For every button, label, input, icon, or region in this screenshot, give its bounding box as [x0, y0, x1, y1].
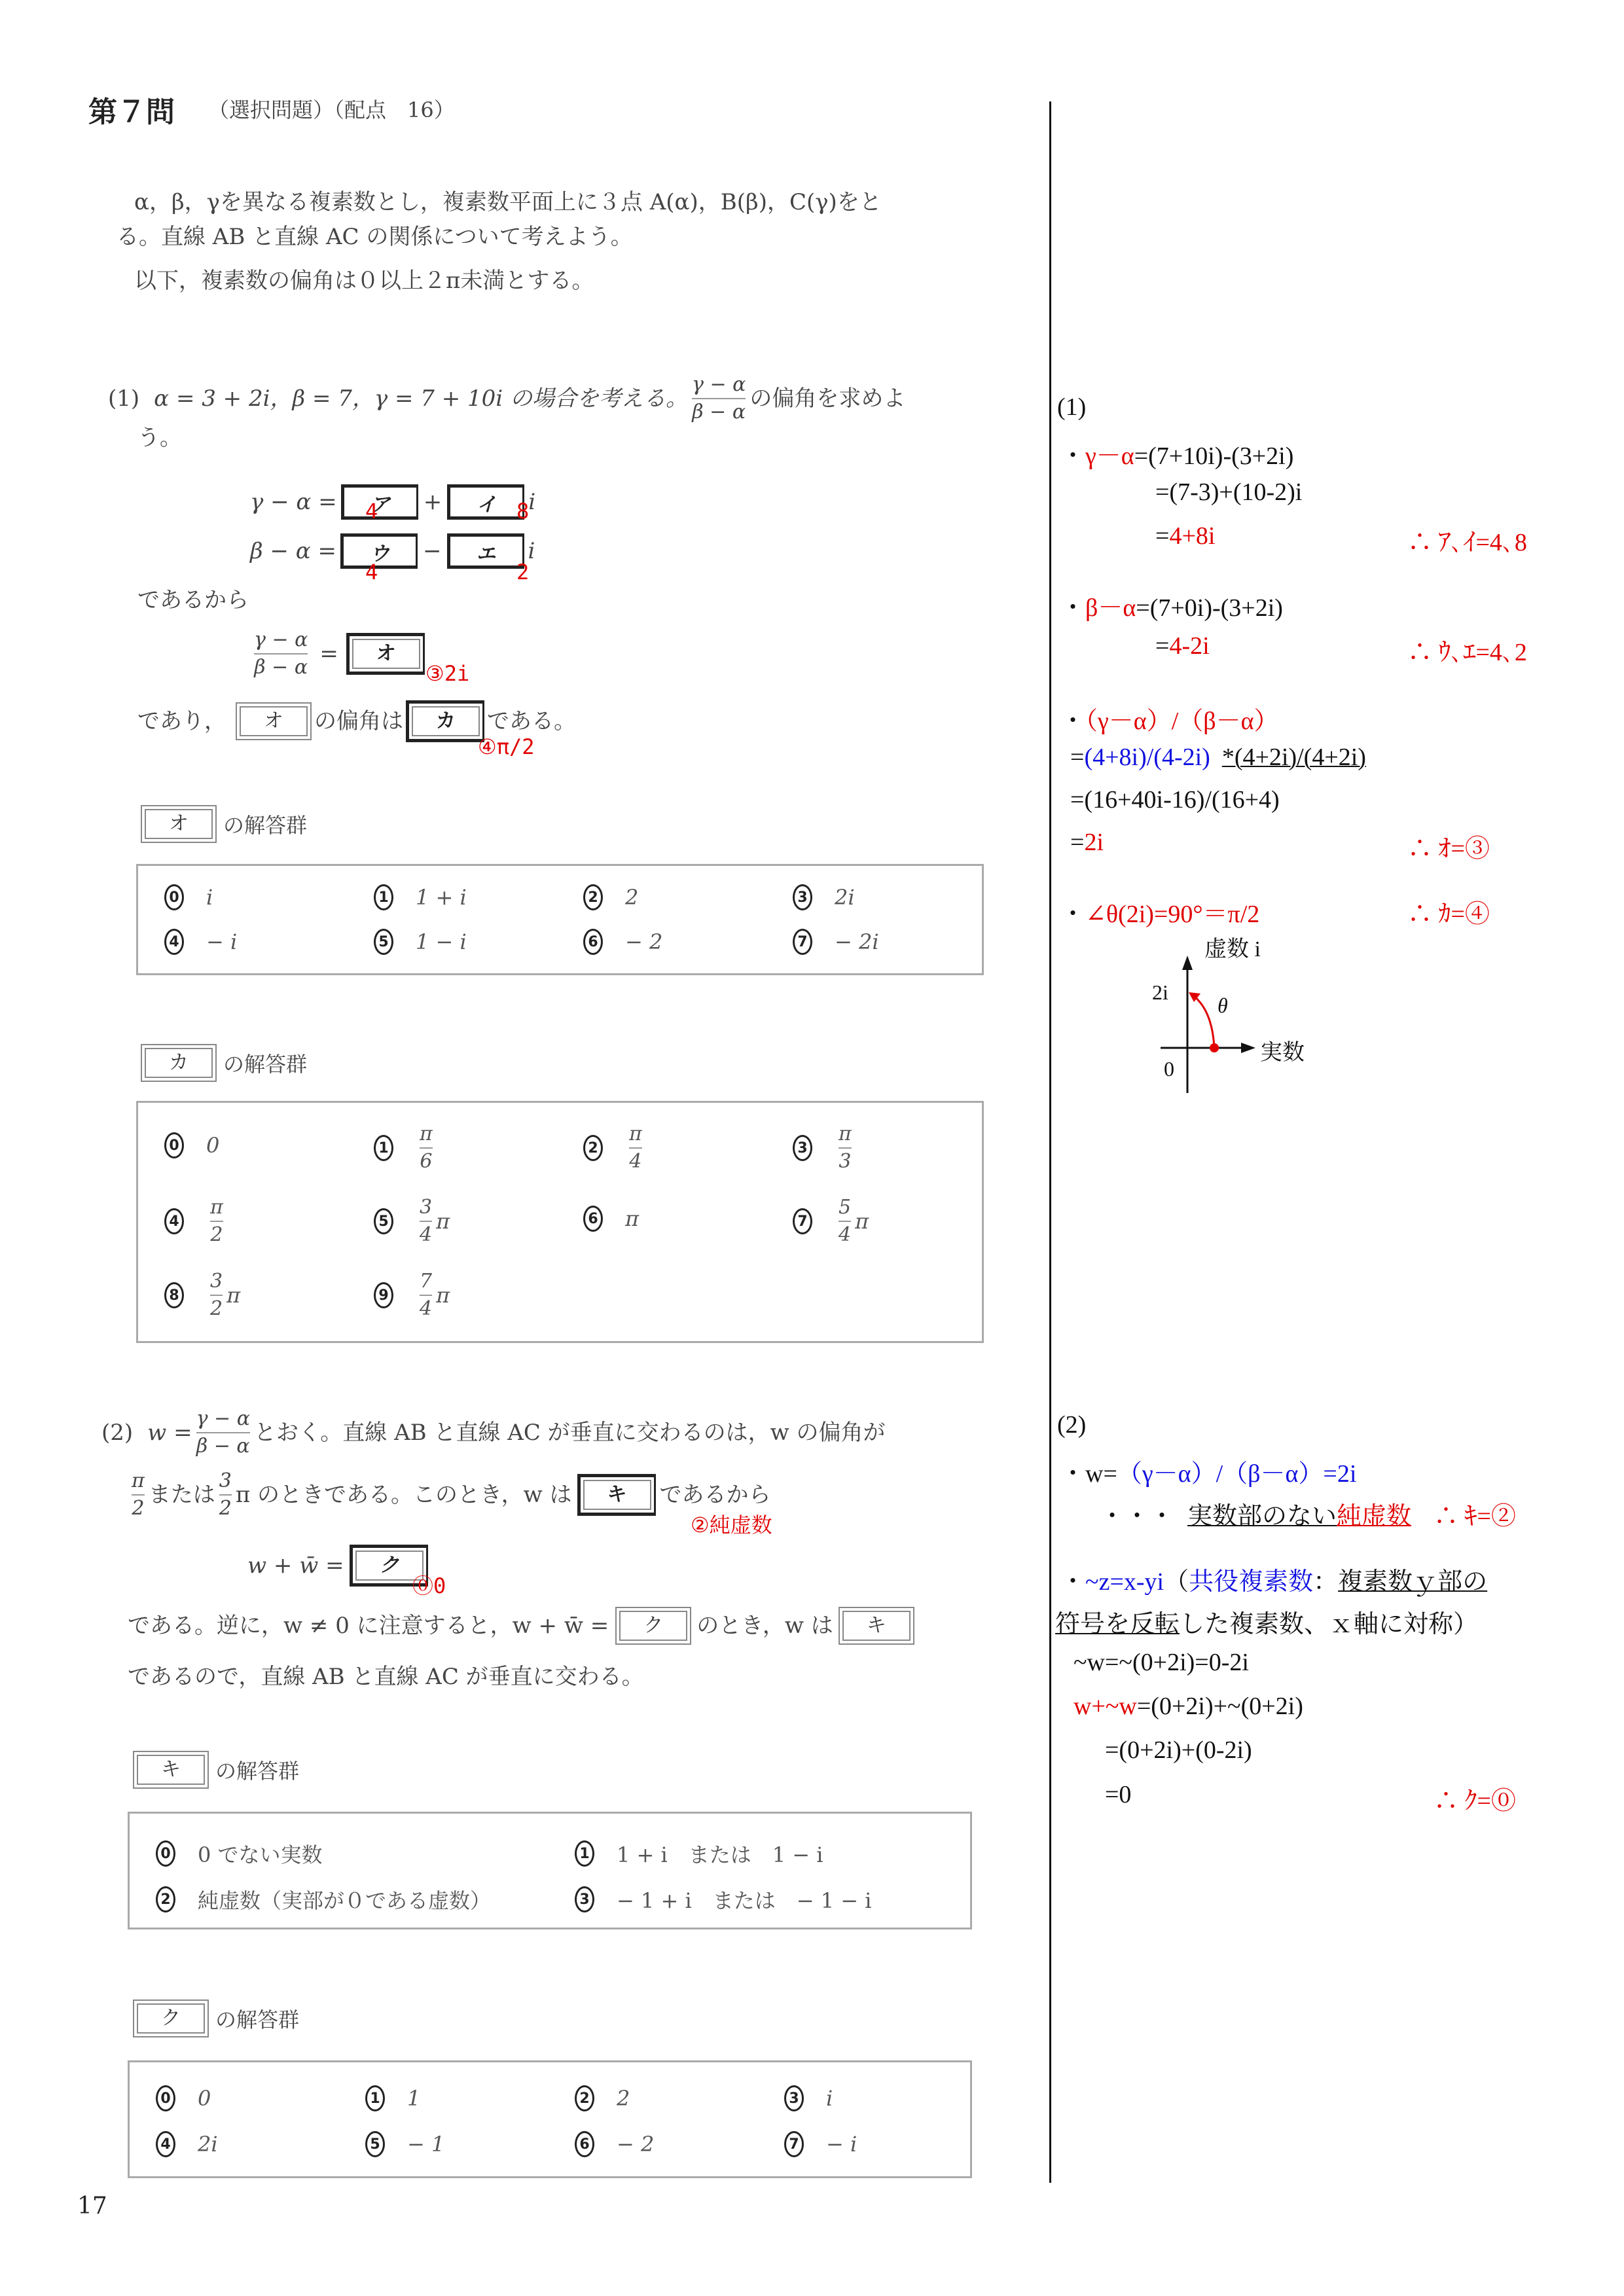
choice-value: i	[206, 885, 213, 910]
bullet: ・	[1060, 442, 1085, 470]
box-ka-label: カ	[412, 706, 480, 736]
choice-number: 3	[793, 884, 812, 910]
part2-line2: π2 または 32 π のときである。このとき，w は キ であるから	[128, 1469, 771, 1520]
conclusion-text: ∴ ｱ､ｲ=4､8	[1407, 529, 1527, 556]
answer-group-ki-label: キ の解答群	[133, 1751, 299, 1789]
note-s2-concl2: ∴ ｸ=⓪	[1434, 1780, 1516, 1816]
box-o-label: オ	[352, 639, 420, 669]
conclusion-text: ∴ ｵ=③	[1407, 835, 1490, 863]
blue-text: 共役複素数	[1189, 1568, 1313, 1596]
note-s1-concl1: ∴ ｱ､ｲ=4､8	[1407, 522, 1527, 558]
choice-ka-9[interactable]: 974π	[374, 1270, 450, 1321]
part2-line1-rest: とおく。直線 AB と直線 AC が垂直に交わるのは，w の偏角が	[254, 1422, 886, 1444]
choice-number: 2	[583, 1135, 603, 1161]
deari-text: であり，	[137, 710, 226, 732]
choice-fraction: π4	[629, 1122, 642, 1174]
frac-denominator: 3	[839, 1150, 851, 1174]
frac-bar	[219, 1494, 232, 1496]
group-ki-suffix: の解答群	[215, 1755, 299, 1785]
answer-box-a[interactable]: ア	[341, 484, 418, 520]
ref-box-o: オ	[236, 702, 312, 740]
no-henkaku-text: の偏角は	[314, 710, 403, 732]
note-s1-concl4: ∴ ｶ=④	[1407, 893, 1490, 929]
handwritten-o: ③2i	[425, 661, 469, 686]
choice-number: 2	[575, 2085, 594, 2111]
red-text: w+~w	[1074, 1693, 1137, 1720]
choice-number: 4	[156, 2131, 175, 2157]
answer-box-ki[interactable]: キ	[577, 1474, 656, 1516]
intro-line-3: 以下，複素数の偏角は０以上２π未満とする。	[134, 270, 594, 292]
red-text: γ－α	[1085, 442, 1134, 470]
choice-number: 7	[793, 929, 812, 955]
frac-numerator: π	[629, 1122, 642, 1146]
part1-text-b: の偏角を求めよ	[749, 387, 905, 410]
box-e-label: エ	[477, 543, 496, 565]
choice-ka-6[interactable]: 6π	[583, 1206, 639, 1232]
conclusion-text: ∴ ｷ=②	[1434, 1503, 1516, 1530]
frac-denominator: 2	[210, 1223, 223, 1247]
note-text: =	[1070, 829, 1084, 856]
answer-group-ku: 00 11 22 3i 42i 5− 1 6− 2 7− i	[128, 2060, 972, 2178]
frac-numerator: γ − α	[196, 1407, 250, 1431]
frac-bar	[210, 1221, 223, 1222]
choice-o-3[interactable]: 32i	[793, 884, 855, 910]
question-title: 第７問	[88, 88, 175, 130]
eq-w-plus-conj: w + w̄ = ク	[247, 1545, 428, 1587]
note-s2-line5: ~w=~(0+2i)=0-2i	[1074, 1648, 1249, 1677]
question-subtitle: （選択問題）（配点 16）	[208, 94, 455, 124]
choice-number: 2	[156, 1886, 175, 1912]
group-ki-box-label: キ	[137, 1755, 205, 1785]
frac-numerator: 7	[420, 1270, 432, 1293]
frac-numerator: γ − α	[692, 373, 746, 397]
choice-number: 6	[583, 1206, 603, 1232]
group-ku-suffix: の解答群	[215, 2003, 299, 2034]
choice-value: 0	[206, 1133, 219, 1158]
conclusion-text: ∴ ｳ､ｴ=4､2	[1407, 639, 1527, 666]
choice-fraction: 34	[420, 1196, 432, 1247]
choice-ka-4[interactable]: 4π2	[164, 1196, 227, 1247]
y-axis-arrow-icon	[1182, 956, 1193, 970]
choice-o-1[interactable]: 11 + i	[374, 884, 467, 910]
choice-value: 1	[407, 2086, 420, 2111]
choice-value: 2i	[835, 885, 855, 910]
frac-bar	[839, 1147, 852, 1149]
frac-bar	[839, 1221, 851, 1222]
answer-box-e[interactable]: エ	[447, 533, 524, 569]
choice-number: 1	[365, 2085, 385, 2111]
group-ka-box-label: カ	[145, 1048, 213, 1078]
bullet: ・	[1060, 1568, 1085, 1596]
note-text: ：	[1313, 1568, 1338, 1596]
frac-denominator: 4	[629, 1150, 641, 1174]
group-o-box: オ	[141, 805, 217, 843]
w-fraction: γ − α β − α	[196, 1407, 250, 1458]
note-s2-line2: ・・・実数部のない純虚数	[1100, 1496, 1411, 1532]
answer-group-ka-label: カ の解答群	[141, 1044, 307, 1082]
imag-axis-label: 虚数 i	[1204, 931, 1261, 963]
bullet: ・	[1060, 901, 1085, 928]
eq1-imag-unit: i	[528, 491, 535, 513]
choice-ki-0[interactable]: 00 でない実数	[156, 1839, 323, 1869]
frac-bar	[132, 1494, 145, 1496]
choice-value: 2i	[198, 2132, 218, 2157]
note-s1-line2: =(7-3)+(10-2)i	[1155, 478, 1302, 507]
choice-number: 1	[374, 884, 393, 910]
choice-value: − 2	[617, 2132, 654, 2157]
frac-denominator: 6	[420, 1150, 432, 1174]
frac-numerator: 5	[839, 1196, 851, 1219]
blue-text: ~z=x-yi	[1085, 1568, 1164, 1596]
note-text: （	[1164, 1568, 1189, 1596]
w-conj-lhs: w + w̄ =	[247, 1554, 344, 1577]
choice-fraction: 54	[839, 1196, 851, 1247]
choice-ku-5[interactable]: 5− 1	[365, 2131, 444, 2157]
pi-suffix: π	[226, 1283, 240, 1308]
part2-line4: であるので，直線 AB と直線 AC が垂直に交わる。	[128, 1666, 644, 1688]
ref-box-ki-label: キ	[842, 1611, 911, 1641]
answer-group-ka: 00 1π6 2π4 3π3 4π2 534π 6π 754π 832π 974…	[136, 1101, 984, 1343]
frac-bar	[210, 1295, 223, 1296]
ref-box-ki: キ	[839, 1607, 914, 1645]
ratio-fraction: γ − α β − α	[254, 628, 308, 679]
intro-line-1: α，β，γを異なる複素数とし，複素数平面上に３点 A(α)，B(β)，C(γ)を…	[134, 191, 882, 213]
choice-ka-2[interactable]: 2π4	[583, 1122, 646, 1174]
choice-number: 4	[164, 1208, 184, 1234]
red-text: 4-2i	[1169, 632, 1209, 660]
red-text: 純虚数	[1337, 1503, 1411, 1530]
choice-fraction: π2	[210, 1196, 223, 1247]
frac-denominator: β − α	[254, 656, 308, 679]
choice-number: 9	[374, 1282, 393, 1308]
note-s1-line1: ・γ－α=(7+10i)-(3+2i)	[1060, 435, 1293, 471]
choice-value: − 2	[625, 929, 662, 954]
box-i-label: イ	[477, 493, 496, 516]
choice-number: 3	[784, 2085, 804, 2111]
choice-o-4[interactable]: 4− i	[164, 929, 237, 955]
choice-ki-1[interactable]: 11 + i または 1 − i	[575, 1839, 823, 1869]
dearukara-1: であるから	[137, 589, 249, 611]
choice-number: 2	[583, 884, 603, 910]
choice-number: 3	[793, 1135, 812, 1161]
frac-numerator: γ − α	[254, 628, 308, 652]
choice-fraction: 74	[420, 1270, 432, 1321]
group-ka-suffix: の解答群	[223, 1048, 307, 1078]
pi-over-2: π2	[132, 1469, 145, 1520]
choice-ka-1[interactable]: 1π6	[374, 1122, 437, 1174]
answer-group-o: 0i 11 + i 22 32i 4− i 51 − i 6− 2 7− 2i	[136, 864, 984, 975]
bullet: ・	[1060, 594, 1085, 622]
three-over-2: 32	[219, 1469, 232, 1520]
pi-suffix: π	[855, 1209, 869, 1234]
page-number: 17	[77, 2193, 107, 2219]
bullet: ・	[1060, 708, 1085, 735]
choice-ka-8[interactable]: 832π	[164, 1270, 240, 1321]
eq2-lhs: β − α =	[250, 540, 336, 562]
choice-number: 1	[575, 1840, 594, 1867]
choice-number: 3	[575, 1886, 594, 1912]
part2-label: (2)	[101, 1422, 133, 1444]
choice-value: 1 − i	[416, 929, 467, 954]
note-text: した複素数、ｘ軸に対称）	[1180, 1611, 1478, 1638]
eq-beta-minus-alpha: β − α = ウ − エ i	[250, 533, 535, 569]
choice-value: i	[826, 2086, 833, 2111]
choice-number: 5	[374, 1208, 393, 1234]
note-s2-line4: 符号を反転した複素数、ｘ軸に対称）	[1055, 1604, 1478, 1640]
part1-label: (1)	[108, 387, 139, 410]
note-s2-line1: ・w=（γ－α）/（β－α）=2i	[1060, 1453, 1356, 1489]
choice-fraction: 32	[210, 1270, 223, 1321]
note-s2-line8: =0	[1105, 1780, 1131, 1809]
part2-line2-rest: π のときである。このとき，w は	[236, 1484, 572, 1506]
frac-bar	[196, 1432, 250, 1433]
answer-box-ka[interactable]: カ	[406, 700, 484, 742]
part2-dearukara: であるから	[660, 1484, 771, 1506]
part2-line3: である。逆に，w ≠ 0 に注意すると，w + w̄ = ク のとき，w は キ	[128, 1607, 914, 1645]
ref-box-o-label: オ	[240, 706, 308, 736]
choice-number: 1	[374, 1135, 393, 1161]
red-text: （γ－α）/（β－α）	[1085, 708, 1279, 735]
underlined-text: 実数部のない	[1187, 1503, 1337, 1530]
choice-number: 5	[374, 929, 393, 955]
choice-ki-2[interactable]: 2純虚数（実部が０である虚数）	[156, 1884, 491, 1914]
choice-o-0[interactable]: 0i	[164, 884, 213, 910]
choice-number: 0	[156, 2085, 175, 2111]
frac-numerator: π	[132, 1469, 145, 1493]
handwritten-ku: ⓪0	[412, 1570, 446, 1600]
choice-ka-3[interactable]: 3π3	[793, 1122, 856, 1174]
part1-fraction: γ − α β − α	[692, 373, 746, 424]
note-s1-line7: =(4+8i)/(4-2i)*(4+2i)/(4+2i)	[1070, 743, 1366, 772]
dearu-text: である。	[487, 710, 576, 732]
answer-group-ku-label: ク の解答群	[133, 2000, 299, 2037]
note-text: =(0+2i)+~(0+2i)	[1137, 1693, 1303, 1720]
choice-value: − 1 + i または − 1 − i	[617, 1884, 871, 1914]
note-s1-label: (1)	[1057, 393, 1086, 422]
conclusion-text: ∴ ｶ=④	[1407, 901, 1490, 928]
part2-line3-b: のとき，w は	[696, 1615, 833, 1637]
choice-o-2[interactable]: 22	[583, 884, 638, 910]
w-equals: w =	[147, 1422, 192, 1444]
group-o-box-label: オ	[145, 809, 213, 839]
conclusion-text: ∴ ｸ=⓪	[1434, 1787, 1516, 1815]
choice-o-7[interactable]: 7− 2i	[793, 929, 879, 955]
choice-ku-7[interactable]: 7− i	[784, 2131, 857, 2157]
handwritten-ki: ②純虚数	[691, 1509, 772, 1539]
answer-group-ki: 00 でない実数 11 + i または 1 − i 2純虚数（実部が０である虚数…	[128, 1812, 972, 1929]
handwritten-e: 2	[516, 560, 529, 584]
choice-value: 1 + i	[416, 885, 467, 910]
blue-text: (4+8i)/(4-2i)	[1084, 744, 1210, 771]
note-s2-line6: w+~w=(0+2i)+~(0+2i)	[1074, 1692, 1303, 1721]
frac-numerator: 3	[210, 1270, 223, 1293]
column-divider	[1049, 101, 1051, 2183]
note-s2-line7: =(0+2i)+(0-2i)	[1105, 1736, 1252, 1765]
note-s1-line9: =2i	[1070, 828, 1104, 857]
choice-value: 純虚数（実部が０である虚数）	[198, 1884, 491, 1914]
x-axis-arrow-icon	[1241, 1043, 1255, 1053]
handwritten-u: 4	[365, 560, 378, 584]
choice-value: 1 + i または 1 − i	[617, 1839, 823, 1869]
red-text: ∠θ(2i)=90°＝π/2	[1085, 901, 1259, 928]
note-s1-line6: ・（γ－α）/（β－α）	[1060, 700, 1279, 736]
choice-ku-3[interactable]: 3i	[784, 2085, 833, 2111]
answer-box-u[interactable]: ウ	[340, 533, 418, 569]
choice-number: 7	[784, 2131, 804, 2157]
frac-denominator: 2	[219, 1497, 232, 1520]
choice-number: 6	[583, 929, 603, 955]
frac-bar	[420, 1147, 433, 1149]
origin-label: 0	[1164, 1057, 1174, 1081]
note-s2-concl1: ∴ ｷ=②	[1434, 1496, 1516, 1532]
frac-bar	[420, 1221, 432, 1222]
real-point-icon	[1210, 1043, 1219, 1052]
choice-ku-6[interactable]: 6− 2	[575, 2131, 654, 2157]
red-text: β－α	[1085, 594, 1136, 622]
frac-denominator: 4	[420, 1297, 432, 1321]
intro-line-2: る。直線 AB と直線 AC の関係について考えよう。	[117, 226, 633, 248]
choice-number: 0	[156, 1840, 175, 1867]
choice-value: 2	[617, 2086, 630, 2111]
frac-bar	[629, 1147, 642, 1149]
note-text: =	[1155, 632, 1169, 660]
frac-numerator: π	[839, 1122, 852, 1146]
part2-line3-a: である。逆に，w ≠ 0 に注意すると，w + w̄ =	[128, 1615, 609, 1637]
choice-number: 0	[164, 884, 184, 910]
eq1-lhs: γ − α =	[250, 491, 337, 513]
answer-box-o[interactable]: オ	[346, 633, 425, 675]
choice-value: 0	[198, 2086, 211, 2111]
choice-ka-0[interactable]: 00	[164, 1132, 219, 1158]
note-text: w=	[1085, 1460, 1117, 1488]
frac-bar	[254, 653, 308, 655]
note-s1-line5: =4-2i	[1155, 632, 1210, 660]
eq-ratio: γ − α β − α = オ	[250, 628, 425, 679]
frac-denominator: 4	[839, 1223, 851, 1247]
choice-fraction: π3	[839, 1122, 852, 1174]
choice-ka-5[interactable]: 534π	[374, 1196, 450, 1247]
frac-denominator: 2	[132, 1497, 144, 1520]
theta-label: θ	[1218, 994, 1228, 1018]
frac-numerator: 3	[219, 1469, 232, 1493]
part2-line1: (2) w = γ − α β − α とおく。直線 AB と直線 AC が垂直…	[101, 1407, 886, 1458]
note-s2-line3: ・~z=x-yi（共役複素数：複素数ｙ部の	[1060, 1561, 1487, 1597]
choice-fraction: π6	[420, 1122, 433, 1174]
eq2-minus: −	[423, 540, 442, 562]
pi-suffix: π	[436, 1283, 450, 1308]
choice-number: 7	[793, 1208, 812, 1234]
part1-text-c: う。	[137, 427, 182, 449]
frac-bar	[692, 398, 746, 399]
group-ki-box: キ	[133, 1751, 209, 1789]
group-ka-box: カ	[141, 1044, 217, 1082]
underlined-text: *(4+2i)/(4+2i)	[1222, 744, 1366, 771]
eq-gamma-minus-alpha: γ − α = ア + イ i	[250, 484, 535, 520]
frac-denominator: β − α	[196, 1435, 250, 1458]
choice-value: − 2i	[835, 929, 879, 954]
group-o-suffix: の解答群	[223, 809, 307, 839]
choice-value: − i	[206, 929, 237, 954]
handwritten-a: 4	[365, 499, 378, 524]
real-axis-label: 実数	[1260, 1034, 1305, 1066]
note-text: =	[1070, 744, 1084, 771]
choice-value: − 1	[407, 2132, 444, 2157]
argand-diagram: 虚数 i 実数 0 2i θ	[1113, 936, 1375, 1106]
blue-text: （γ－α）/（β－α）=2i	[1117, 1460, 1357, 1488]
frac-bar	[420, 1295, 432, 1296]
choice-value: − i	[826, 2132, 857, 2157]
part1-values: α = 3 + 2i，β = 7，γ = 7 + 10i の場合を考える。	[154, 387, 688, 410]
choice-number: 5	[365, 2131, 385, 2157]
note-text: =	[1155, 522, 1169, 550]
note-s1-concl2: ∴ ｳ､ｴ=4､2	[1407, 632, 1527, 668]
box-ki-label: キ	[583, 1480, 651, 1510]
note-s1-line10: ・∠θ(2i)=90°＝π/2	[1060, 893, 1259, 929]
note-text: =(7+0i)-(3+2i)	[1136, 594, 1283, 622]
frac-numerator: 3	[420, 1196, 432, 1219]
choice-ku-4[interactable]: 42i	[156, 2131, 218, 2157]
note-s1-line3: =4+8i	[1155, 522, 1215, 550]
underlined-text: 複素数ｙ部の	[1338, 1568, 1487, 1596]
part1-statement: (1) α = 3 + 2i，β = 7，γ = 7 + 10i の場合を考える…	[108, 373, 905, 424]
choice-value: 2	[625, 885, 638, 910]
choice-number: 4	[164, 929, 184, 955]
red-text: 2i	[1084, 829, 1104, 856]
note-text: ・・・	[1100, 1503, 1174, 1530]
ref-box-ku: ク	[615, 1607, 691, 1645]
underlined-text: 符号を反転	[1055, 1611, 1180, 1638]
ref-box-ku-label: ク	[619, 1611, 687, 1641]
choice-o-5[interactable]: 51 − i	[374, 929, 467, 955]
choice-ka-7[interactable]: 754π	[793, 1196, 869, 1247]
choice-number: 6	[575, 2131, 594, 2157]
pi-suffix: π	[436, 1209, 450, 1234]
note-s2-label: (2)	[1057, 1410, 1086, 1439]
answer-group-o-label: オ の解答群	[141, 805, 307, 843]
point-2i-label: 2i	[1152, 980, 1168, 1005]
choice-ku-0[interactable]: 00	[156, 2085, 211, 2111]
red-text: 4+8i	[1169, 522, 1215, 550]
frac-denominator: 4	[420, 1223, 432, 1247]
note-s1-line8: =(16+40i-16)/(16+4)	[1070, 785, 1280, 814]
mataha-text: または	[149, 1484, 215, 1506]
eq3-equals: =	[319, 643, 338, 665]
eq2-imag-unit: i	[528, 540, 535, 562]
frac-numerator: π	[210, 1196, 223, 1219]
note-s1-concl3: ∴ ｵ=③	[1407, 828, 1490, 864]
frac-numerator: π	[420, 1122, 433, 1146]
handwritten-ka: ④π/2	[478, 734, 534, 759]
choice-ki-3[interactable]: 3− 1 + i または − 1 − i	[575, 1884, 871, 1914]
choice-value: 0 でない実数	[198, 1839, 323, 1869]
choice-number: 0	[164, 1132, 184, 1158]
handwritten-i: 8	[516, 499, 529, 524]
choice-number: 8	[164, 1282, 184, 1308]
answer-box-i[interactable]: イ	[447, 484, 524, 520]
choice-o-6[interactable]: 6− 2	[583, 929, 662, 955]
note-s1-line4: ・β－α=(7+0i)-(3+2i)	[1060, 587, 1283, 623]
choice-value: π	[625, 1206, 639, 1231]
frac-denominator: 2	[210, 1297, 223, 1321]
group-ku-box-label: ク	[137, 2003, 205, 2034]
eq1-plus: +	[424, 491, 442, 513]
bullet: ・	[1060, 1460, 1085, 1488]
choice-ku-1[interactable]: 11	[365, 2085, 420, 2111]
group-ku-box: ク	[133, 2000, 209, 2037]
note-text: =(7+10i)-(3+2i)	[1134, 442, 1294, 470]
choice-ku-2[interactable]: 22	[575, 2085, 630, 2111]
frac-denominator: β − α	[692, 401, 746, 424]
